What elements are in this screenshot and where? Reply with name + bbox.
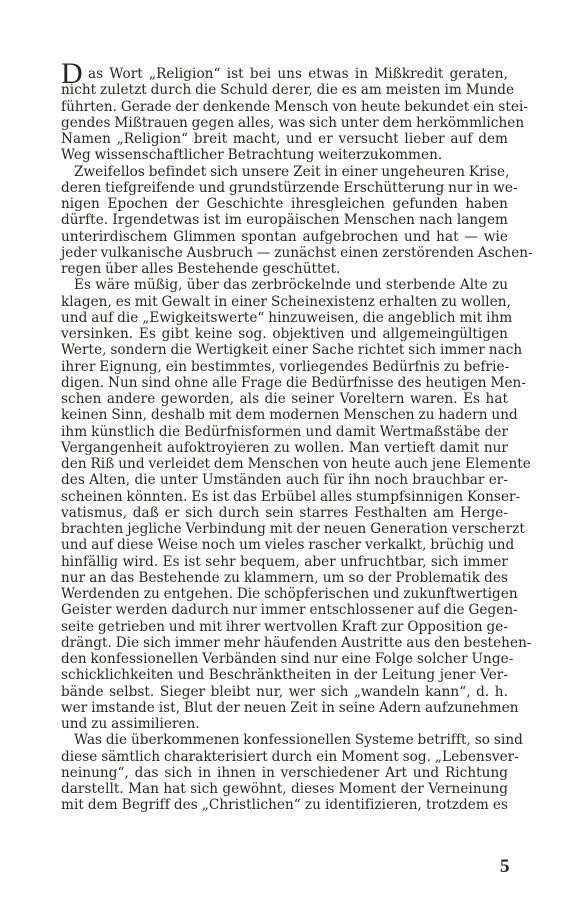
text-line: diese sämtlich charakterisiert durch ein…: [61, 749, 508, 765]
text-line: versinken. Es gibt keine sog. objektiven…: [61, 326, 508, 342]
text-line: ihm künstlich die Bedürfnisformen und da…: [61, 424, 508, 440]
text-line: und auf diese Weise noch um vieles rasch…: [61, 537, 508, 553]
text-line: bände selbst. Sieger bleibt nur, wer sic…: [61, 684, 508, 700]
text-line: Zweifellos befindet sich unsere Zeit in …: [61, 164, 508, 180]
text-line: brachten jegliche Verbindung mit der neu…: [61, 521, 508, 537]
text-line: scheinen könnten. Es ist das Erbübel all…: [61, 489, 508, 505]
text-line: vatismus, daß er sich durch sein starres…: [61, 505, 508, 521]
text-line: nur an das Bestehende zu klammern, um so…: [61, 570, 508, 586]
text-line: Geister werden dadurch nur immer entschl…: [61, 602, 508, 618]
line-text: as Wort „Religion“ ist bei uns etwas in …: [88, 66, 508, 82]
text-line: wer imstande ist, Blut der neuen Zeit in…: [61, 700, 508, 716]
text-line: den konfessionellen Verbänden sind nur e…: [61, 651, 508, 667]
text-line: dürfte. Irgendetwas ist im europäischen …: [61, 212, 508, 228]
text-line: schicklichkeiten und Beschränktheiten in…: [61, 667, 508, 683]
text-line: seite getrieben und mit ihrer wertvollen…: [61, 619, 508, 635]
line-text: nicht zuletzt durch die Schuld derer, di…: [61, 82, 514, 98]
text-line: des Alten, die unter Umständen auch für …: [61, 472, 508, 488]
text-line: deren tiefgreifende und grundstürzende E…: [61, 180, 508, 196]
text-line: unterirdischem Glimmen spontan aufgebroc…: [61, 229, 508, 245]
text-line: Werdenden zu entgehen. Die schöpferische…: [61, 586, 508, 602]
text-line: und zu assimilieren.: [61, 716, 508, 732]
text-line: nicht zuletzt durch die Schuld derer, di…: [61, 82, 508, 98]
text-line: Was die überkommenen konfessionellen Sys…: [61, 732, 508, 748]
text-line: darstellt. Man hat sich gewöhnt, dieses …: [61, 781, 508, 797]
text-line: neinung“, das sich in ihnen in verschied…: [61, 765, 508, 781]
text-line: keinen Sinn, deshalb mit dem modernen Me…: [61, 407, 508, 423]
text-line: jeder vulkanische Ausbruch — zunächst ei…: [61, 245, 508, 261]
text-line: Namen „Religion“ breit macht, und er ver…: [61, 131, 508, 147]
text-line: Es wäre müßig, über das zerbröckelnde un…: [61, 277, 508, 293]
text-line: ihrer Eignung, ein bestimmtes, vorliegen…: [61, 359, 508, 375]
text-line: gendes Mißtrauen gegen alles, was sich u…: [61, 115, 508, 131]
text-line: hinfällig wird. Es ist sehr bequem, aber…: [61, 554, 508, 570]
text-line: nigen Epochen der Geschichte ihresgleich…: [61, 196, 508, 212]
text-line: Vergangenheit aufoktroyieren zu wollen. …: [61, 440, 508, 456]
text-line: drängt. Die sich immer mehr häufenden Au…: [61, 635, 508, 651]
text-line: digen. Nun sind ohne alle Frage die Bedü…: [61, 375, 508, 391]
text-line: Weg wissenschaftlicher Betrachtung weite…: [61, 147, 508, 163]
text-line: und auf die „Ewigkeitswerte“ hinzuweisen…: [61, 310, 508, 326]
book-page: Das Wort „Religion“ ist bei uns etwas in…: [0, 0, 579, 916]
text-column: Das Wort „Religion“ ist bei uns etwas in…: [61, 66, 508, 814]
text-line: Das Wort „Religion“ ist bei uns etwas in…: [61, 66, 508, 82]
text-line: mit dem Begriff des „Christlichen“ zu id…: [61, 797, 508, 813]
text-line: führten. Gerade der denkende Mensch von …: [61, 99, 508, 115]
text-line: schen andere geworden, als die seiner Vo…: [61, 391, 508, 407]
text-line: klagen, es mit Gewalt in einer Scheinexi…: [61, 294, 508, 310]
text-line: Werte, sondern die Wertigkeit einer Sach…: [61, 342, 508, 358]
text-line: den Riß und verleidet dem Menschen von h…: [61, 456, 508, 472]
text-line: regen über alles Bestehende geschüttet.: [61, 261, 508, 277]
page-number: 5: [500, 856, 510, 878]
